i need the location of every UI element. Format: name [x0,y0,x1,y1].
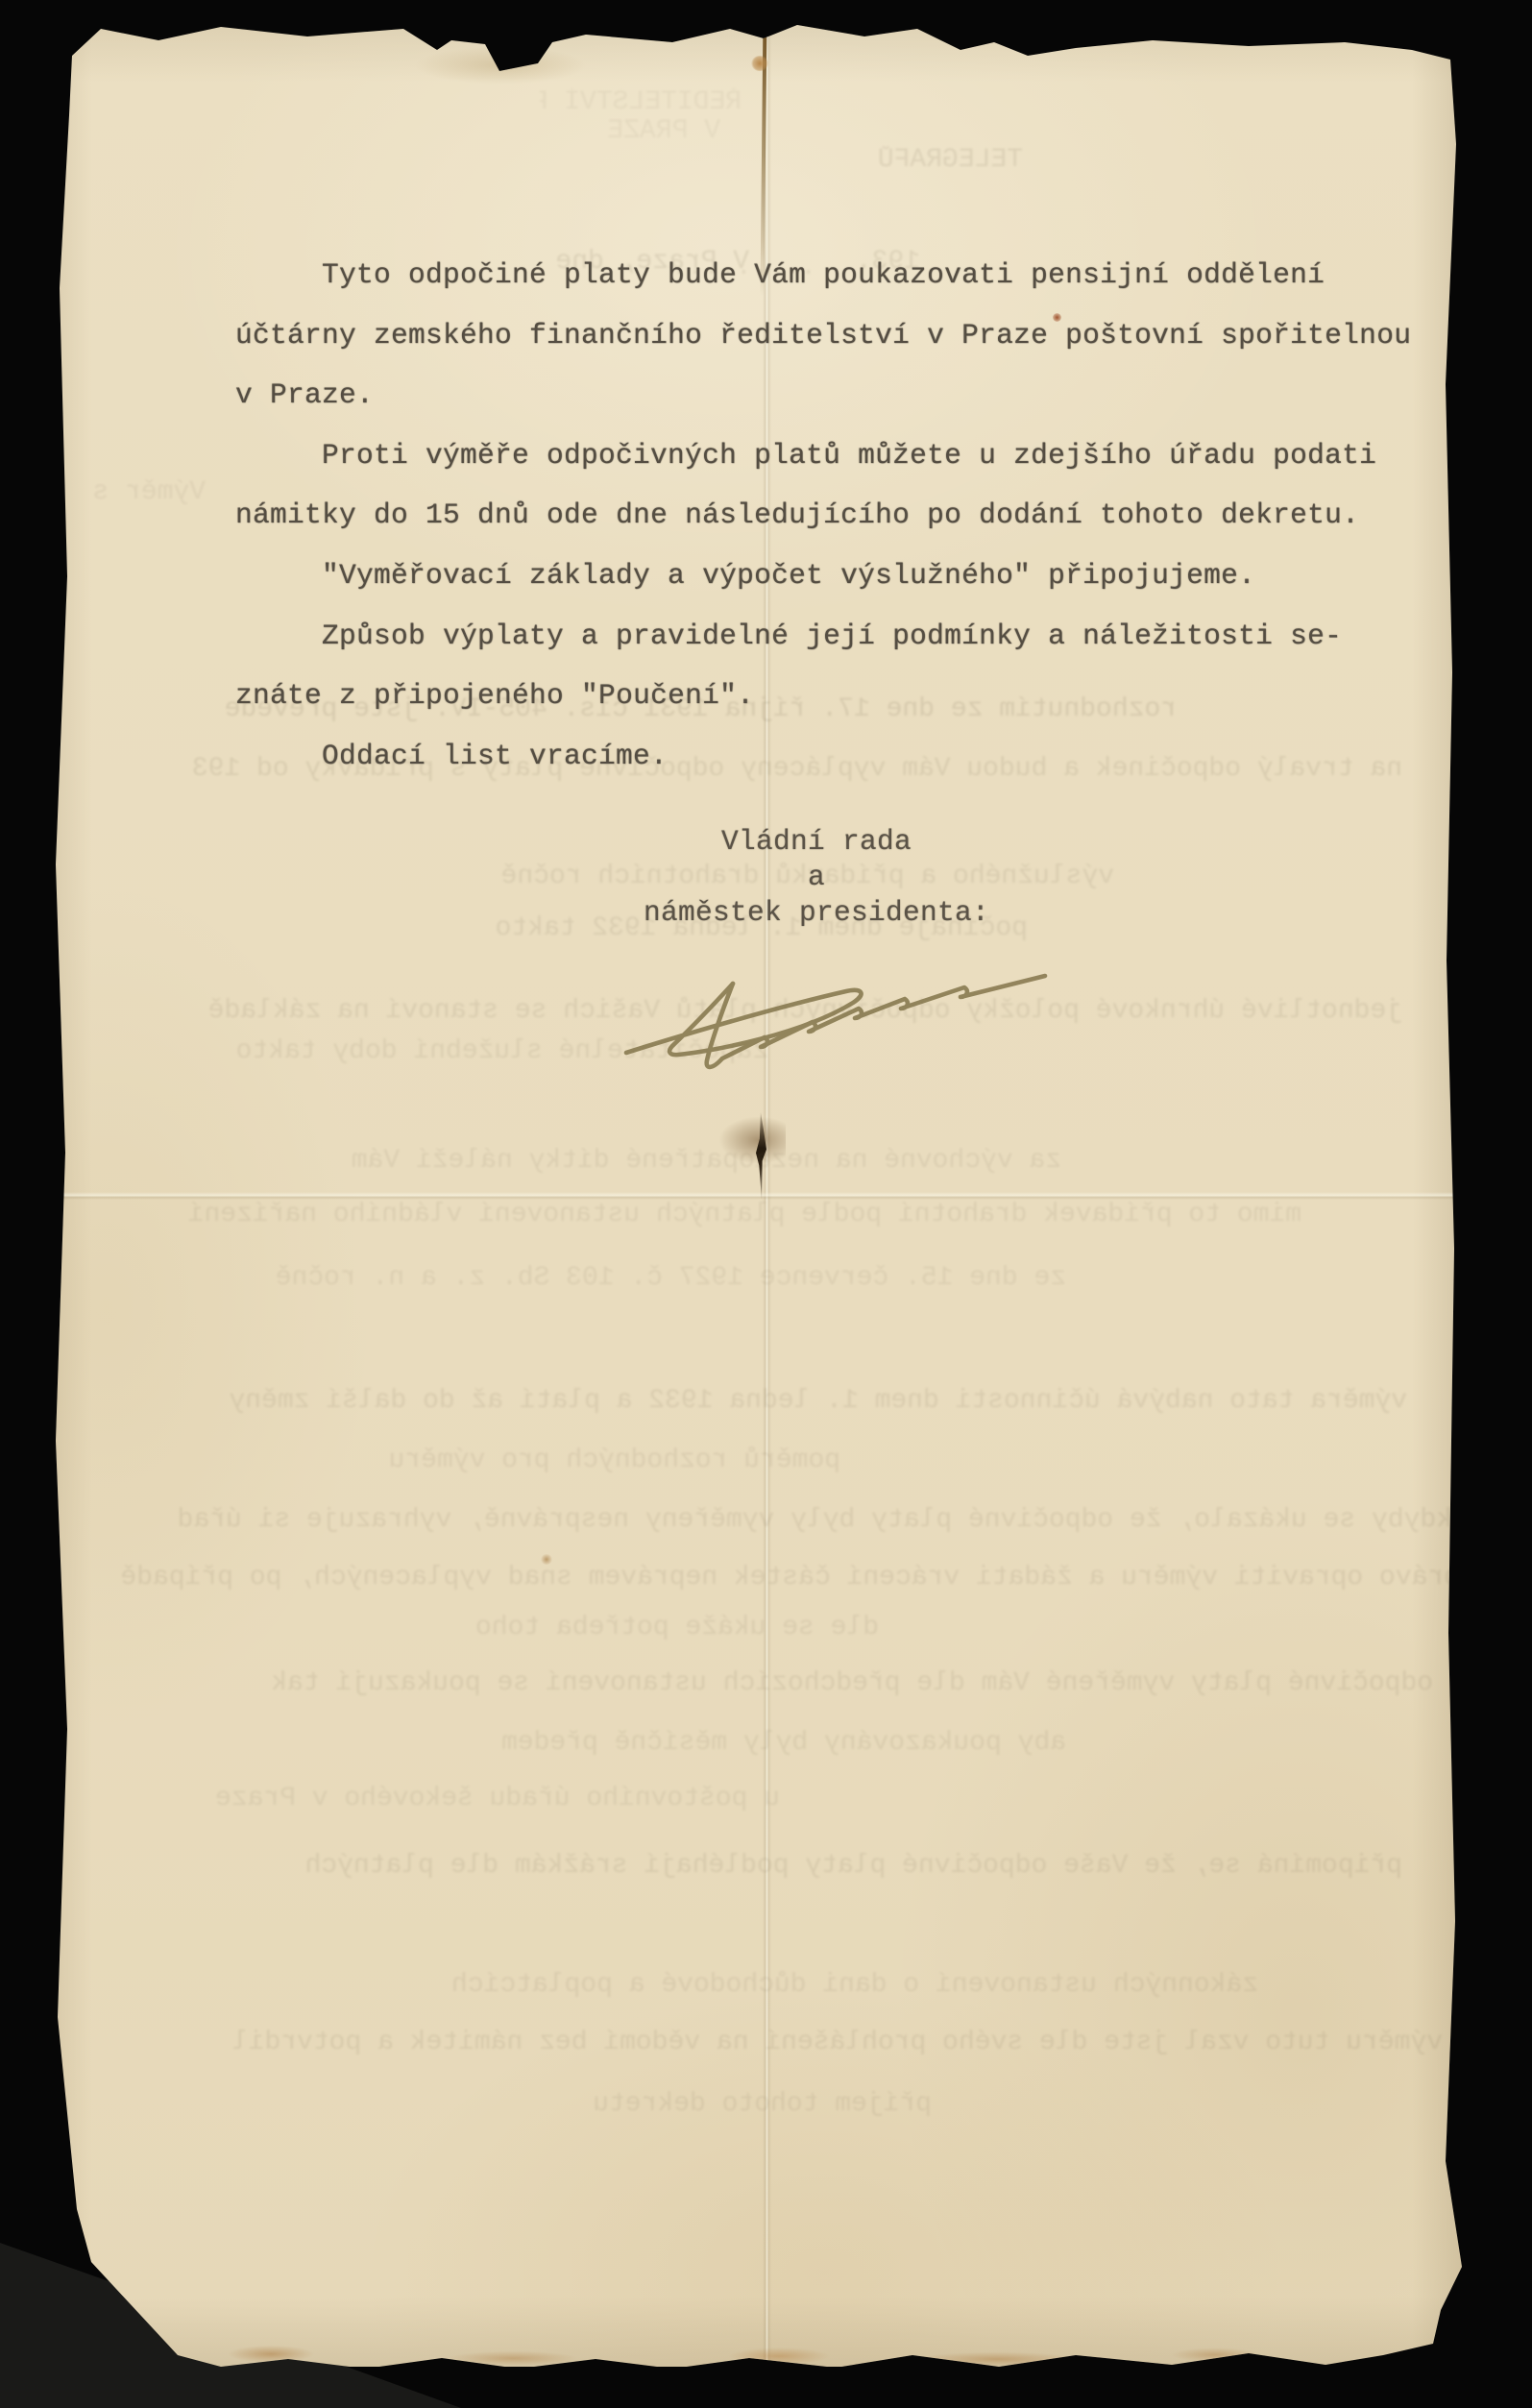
signer-title-line: Vládní rada [596,824,1037,860]
scanned-letter-photo: ŘEDITELSTVÍ POŠTV PRAZETELEGRAFŮV Praze,… [0,0,1532,2408]
bleedthrough-line: za výchovné na nezaopatřené dítky náleží… [226,1147,1061,1176]
signature-scribble [611,964,1062,1089]
bleedthrough-line: TELEGRAFŮ [860,146,1023,175]
bleedthrough-line: mimo to přídavek drahotní podle platných… [101,1201,1301,1229]
typed-line: "Vyměřovací základy a výpočet výslužného… [235,546,1434,606]
horizontal-fold-crease [35,1192,1470,1200]
typed-line: námitky do 15 dnů ode dne následujícího … [235,485,1434,546]
bleedthrough-line: příjem tohoto dekretu [461,2090,932,2119]
typed-body: Tyto odpočiné platy bude Vám poukazovati… [235,245,1434,786]
bleedthrough-line: aby poukazovány byly měsíčně předem [336,1729,1066,1758]
typed-line: znáte z připojeného "Poučení". [235,666,1434,726]
bleedthrough-line: Výměr s [61,478,206,507]
stain [414,46,587,85]
bleedthrough-line: u poštovního úřadu šekového v Praze [60,1785,780,1813]
signer-title-line: náměstek presidenta: [596,895,1037,931]
bleedthrough-line: kdyby se ukázalo, že odpočivné platy byl… [60,1506,1452,1535]
signature-title-block: Vládní rada a náměstek presidenta: [596,824,1037,931]
typed-line: Způsob výplaty a pravidelné její podmínk… [235,606,1434,667]
bleedthrough-line: poměrů rozhodných pro výměru [226,1447,840,1475]
stain [541,1554,552,1565]
bleedthrough-line: ŘEDITELSTVÍ POŠT [540,88,742,117]
bottom-edge-foxing [150,2324,1360,2367]
bleedthrough-line: dle se ukáže potřeba toho [370,1614,879,1642]
letter-paper: ŘEDITELSTVÍ POŠTV PRAZETELEGRAFŮV Praze,… [35,12,1470,2367]
typed-line: Proti výměře odpočivných platů můžete u … [235,426,1434,486]
bleedthrough-line: právo opraviti výměru a žádati vrácení č… [60,1564,1460,1593]
signer-title-line: a [596,860,1037,895]
typed-line: Oddací list vracíme. [235,726,1434,787]
typed-line: Tyto odpočiné platy bude Vám poukazovati… [235,245,1434,305]
fold-hole-smudge [718,1116,786,1164]
bleedthrough-line: ze dne 15. července 1927 č. 103 Sb. z. a… [144,1264,1066,1293]
typed-line: účtárny zemského finančního ředitelství … [235,305,1434,366]
bleedthrough-line: odpočivné platy vyměřené Vám dle předcho… [88,1669,1433,1698]
bleedthrough-line: V PRAZE [576,117,720,146]
bleedthrough-line: připomíná se, že Vaše odpočivné platy po… [115,1852,1402,1881]
typed-line: v Praze. [235,365,1434,426]
bleedthrough-line: zákonných ustanovení o dani důchodové a … [144,1971,1258,2000]
bleedthrough-line: výměra tato nabývá účinnosti dnem 1. led… [101,1387,1407,1416]
